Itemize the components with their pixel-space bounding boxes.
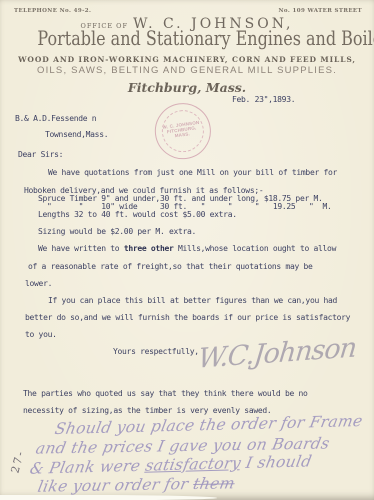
paragraph2-line2: of a reasonable rate of freight,so that … [28, 262, 313, 271]
paragraph3-line2: better do so,and we will furnish the boa… [25, 313, 350, 322]
addressee-town: Townsend,Mass. [45, 130, 108, 139]
pencil-note-line4: like your order for them [38, 474, 235, 495]
main-title: Portable and Stationary Engines and Boil… [37, 26, 336, 50]
rubber-stamp: W. C. JOHNSON FITCHBURG, MASS. [149, 98, 219, 166]
handwritten-signature: W.C.Johnson [197, 332, 358, 374]
sizing-line: Sizing would be $2.00 per M. extra. [38, 227, 196, 236]
paragraph3-line1: If you can place this bill at better fig… [48, 296, 337, 305]
pencil-note-line3-prefix: & Plank were [28, 457, 147, 478]
paragraph2-line3: lower. [25, 279, 52, 288]
pencil-note-line3-underlined: satisfactory [144, 454, 243, 475]
scan-bottom-edge [0, 495, 217, 500]
paragraph2-bold-mills: three other [124, 244, 174, 253]
subtitle-machinery: WOOD AND IRON-WORKING MACHINERY, CORN AN… [0, 55, 374, 64]
salutation: Dear Sirs: [18, 150, 63, 159]
paragraph2-suffix: Mills,whose location ought to allow [174, 244, 337, 253]
postscript-line2: necessity of sizing,as the timber is ver… [23, 406, 271, 415]
date-line: Feb. 23",1893. [232, 95, 295, 104]
pencil-margin-mark: 27- [9, 448, 28, 474]
pencil-note-line4-struck-word: them [192, 474, 237, 493]
pencil-note-line3-suffix: I should [239, 452, 313, 472]
paragraph2-prefix: We have written to [38, 244, 124, 253]
paragraph2-line1: We have written to three other Mills,who… [38, 244, 336, 253]
scanned-letter-page: TELEPHONE No. 49-2. No. 109 WATER STREET… [0, 0, 374, 500]
paragraph3-line3: to you. [25, 330, 57, 339]
subtitle-supplies: OILS, SAWS, BELTING AND GENERAL MILL SUP… [0, 65, 374, 76]
closing-line: Yours respectfully, [113, 347, 199, 356]
addressee-name: B.& A.D.Fessende n [15, 114, 96, 123]
quote-line3: Lengths 32 to 40 ft. would cost $5.00 ex… [38, 210, 237, 219]
pencil-note-line4-prefix: like your order for [36, 475, 195, 496]
city-line: Fitchburg, Mass. [0, 80, 374, 95]
postscript-line1: The parties who quoted us say that they … [23, 389, 308, 398]
paragraph1-line1: We have quotations from just one Mill on… [48, 168, 337, 177]
